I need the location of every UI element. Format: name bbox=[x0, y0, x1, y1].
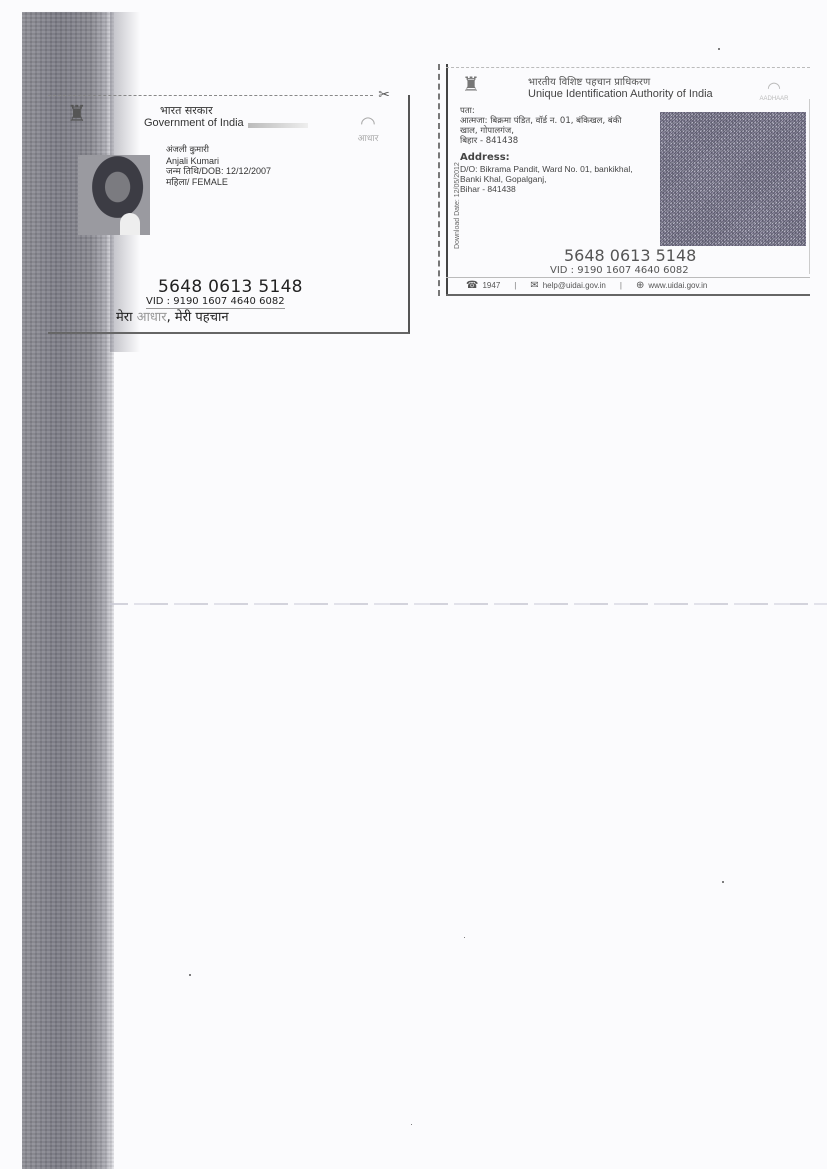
holder-details: अंजली कुमारी Anjali Kumari जन्म तिथि/DOB… bbox=[166, 145, 271, 187]
card-border-bottom bbox=[446, 294, 810, 296]
address-hindi: पता: आत्मजा: बिक्रमा पंडित, वॉर्ड न. 01,… bbox=[460, 106, 621, 146]
phone-icon: ☎ bbox=[466, 280, 478, 291]
name-hindi: अंजली कुमारी bbox=[166, 145, 271, 156]
aadhaar-card-front: ✂ ♜ भारत सरकार Government of India ◠ आधा… bbox=[48, 95, 410, 334]
mail-icon: ✉ bbox=[530, 280, 538, 291]
separator: | bbox=[514, 281, 516, 290]
cut-line-top bbox=[446, 67, 810, 68]
authority-english: Unique Identification Authority of India bbox=[528, 88, 713, 100]
tagline-mid: आधार bbox=[137, 310, 167, 325]
address-hindi-line: बिहार - 841438 bbox=[460, 136, 621, 146]
address-line: Banki Khal, Gopalganj, bbox=[460, 174, 633, 184]
scissors-icon: ✂ bbox=[378, 86, 390, 103]
aadhaar-logo: ◠ आधार bbox=[346, 115, 390, 144]
address-hindi-line: खाल, गोपालगंज, bbox=[460, 126, 621, 136]
national-emblem-icon: ♜ bbox=[462, 72, 480, 97]
card-footer: ☎ 1947 | ✉ help@uidai.gov.in | ⊕ www.uid… bbox=[466, 280, 806, 291]
aadhaar-number: 5648 0613 5148 bbox=[564, 246, 696, 265]
gender: महिला/ FEMALE bbox=[166, 177, 271, 188]
cut-line-left bbox=[438, 64, 440, 296]
virtual-id: VID : 9190 1607 4640 6082 bbox=[550, 265, 689, 276]
tagline: मेरा आधार, मेरी पहचान bbox=[116, 307, 229, 325]
separator: | bbox=[620, 281, 622, 290]
cut-line bbox=[48, 95, 373, 96]
website: www.uidai.gov.in bbox=[648, 281, 707, 290]
address-line: Bihar - 841438 bbox=[460, 184, 633, 194]
name-english: Anjali Kumari bbox=[166, 156, 271, 167]
government-english: Government of India bbox=[144, 117, 244, 129]
holder-photo-detail bbox=[120, 213, 140, 235]
national-emblem-icon: ♜ bbox=[66, 101, 88, 135]
header-band bbox=[248, 123, 308, 128]
fingerprint-icon: ◠ bbox=[346, 115, 390, 131]
tagline-start: मेरा bbox=[116, 310, 137, 325]
address-hindi-line: आत्मजा: बिक्रमा पंडित, वॉर्ड न. 01, बंकि… bbox=[460, 116, 621, 126]
paper-fold-line bbox=[110, 603, 827, 605]
scan-speck bbox=[464, 937, 465, 938]
scan-speck bbox=[411, 1124, 412, 1125]
card-border-right bbox=[809, 99, 810, 274]
aadhaar-logo-text: आधार bbox=[346, 131, 390, 144]
date-of-birth: जन्म तिथि/DOB: 12/12/2007 bbox=[166, 166, 271, 177]
government-hindi: भारत सरकार bbox=[160, 103, 213, 118]
aadhaar-logo: ◠ AADHAAR bbox=[756, 82, 792, 102]
aadhaar-card-back: ♜ भारतीय विशिष्ट पहचान प्राधिकरण Unique … bbox=[438, 64, 810, 296]
card-border-left bbox=[446, 64, 448, 296]
aadhaar-logo-text: AADHAAR bbox=[756, 96, 792, 102]
address-line: D/O: Bikrama Pandit, Ward No. 01, bankik… bbox=[460, 164, 633, 174]
scan-speck bbox=[718, 48, 720, 50]
authority-hindi: भारतीय विशिष्ट पहचान प्राधिकरण bbox=[528, 74, 650, 88]
globe-icon: ⊕ bbox=[636, 280, 644, 291]
address-english: D/O: Bikrama Pandit, Ward No. 01, bankik… bbox=[460, 164, 633, 194]
helpline-number: 1947 bbox=[482, 281, 500, 290]
tagline-end: , मेरी पहचान bbox=[167, 310, 229, 325]
address-label: Address: bbox=[460, 152, 510, 163]
fingerprint-icon: ◠ bbox=[756, 82, 792, 96]
address-label-hindi: पता: bbox=[460, 106, 621, 116]
aadhaar-number: 5648 0613 5148 bbox=[158, 277, 303, 297]
scan-speck bbox=[722, 881, 724, 883]
footer-divider bbox=[446, 277, 810, 278]
help-email: help@uidai.gov.in bbox=[543, 281, 606, 290]
qr-code bbox=[660, 112, 806, 246]
scan-speck bbox=[189, 974, 191, 976]
